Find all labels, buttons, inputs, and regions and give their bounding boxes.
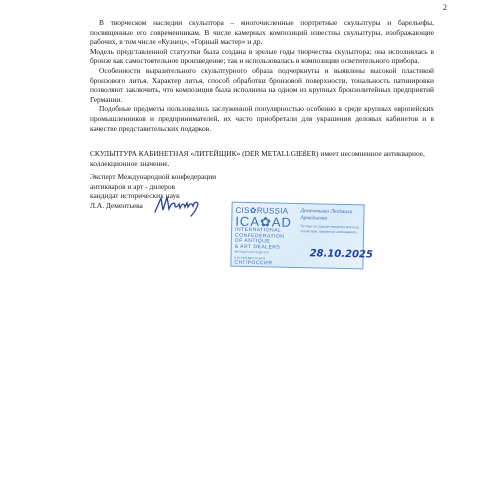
stamp-details: Дементьева Людмила Аркадьевна Эксперт по… <box>300 208 361 234</box>
paragraph-legacy: В творческом наследии скульптора – много… <box>90 18 434 47</box>
document-body: В творческом наследии скульптора – много… <box>90 18 434 133</box>
expert-title-line-2: антикваров и арт - дилеров <box>90 182 216 192</box>
conclusion-text: СКУЛЬПТУРА КАБИНЕТНАЯ «ЛИТЕЙЩИК» (DER ME… <box>90 149 430 168</box>
paragraph-model: Модель представленной статуэтки была соз… <box>90 47 434 66</box>
stamp-date: 28.10.2025 <box>310 248 373 260</box>
paragraph-features: Особенности выразительного скульптурного… <box>90 66 434 104</box>
stamp-logo: CIS✿RUSSIA ICA✿AD INTERNATIONAL CONFEDER… <box>234 206 298 268</box>
expert-stamp: CIS✿RUSSIA ICA✿AD INTERNATIONAL CONFEDER… <box>230 202 364 270</box>
handwritten-signature <box>153 192 207 218</box>
page-number: 2 <box>443 3 447 12</box>
paragraph-popularity: Подобные предметы пользовались заслуженн… <box>90 104 434 133</box>
expert-title-line-1: Эксперт Международной конфедерации <box>90 172 216 182</box>
